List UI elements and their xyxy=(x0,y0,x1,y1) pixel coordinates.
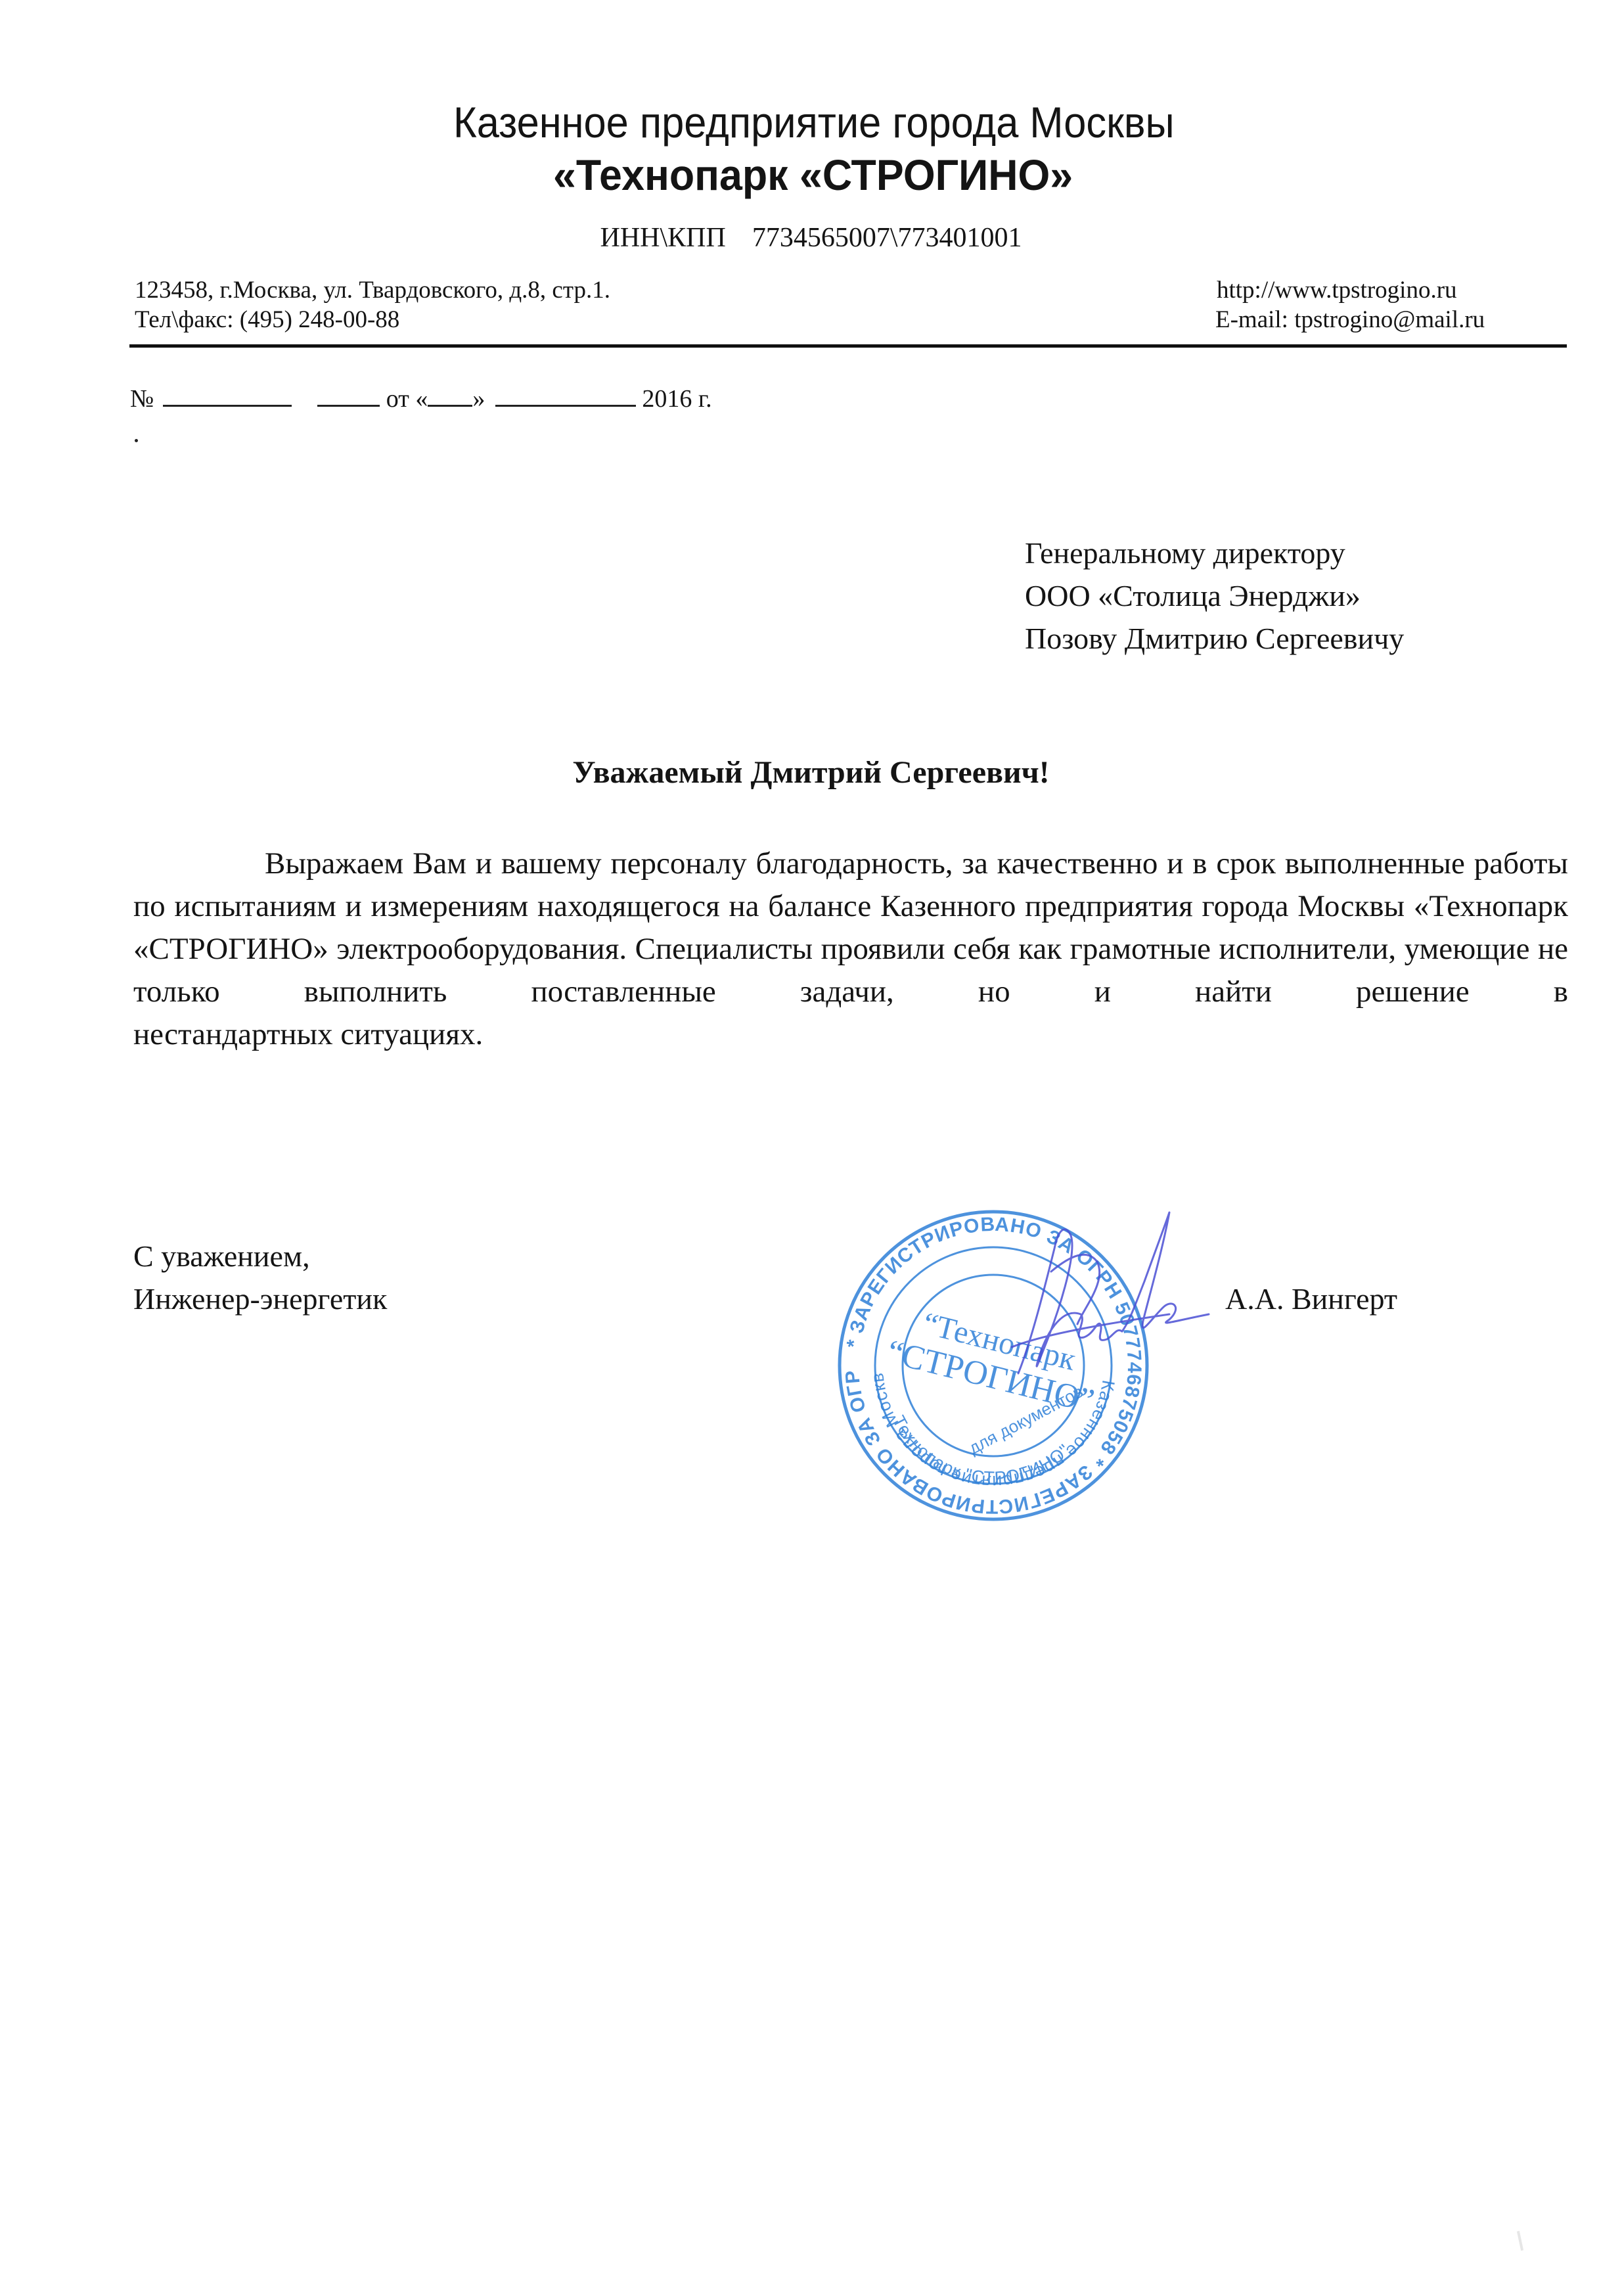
recipient-name: Позову Дмитрию Сергеевичу xyxy=(1025,621,1404,656)
inn-kpp-label: ИНН\КПП xyxy=(600,223,725,253)
from-label: от « xyxy=(386,385,428,413)
letterhead-phone: Тел\факс: (495) 248-00-88 xyxy=(135,306,399,334)
signature-icon xyxy=(972,1209,1222,1380)
year: 2016 г. xyxy=(642,385,711,413)
body-paragraph: Выражаем Вам и вашему персоналу благодар… xyxy=(133,842,1568,1013)
inn-kpp-value: 7734565007\773401001 xyxy=(752,223,1022,253)
number-blank xyxy=(163,385,292,407)
scan-artifact xyxy=(1517,2231,1523,2251)
letter-body: Выражаем Вам и вашему персоналу благодар… xyxy=(133,842,1568,1056)
letterhead-email: E-mail: tpstrogino@mail.ru xyxy=(1215,306,1485,334)
number-sign: № xyxy=(130,385,154,413)
letterhead-organization-name: «Технопарк «СТРОГИНО» xyxy=(43,150,1584,200)
number-suffix-blank xyxy=(317,385,380,407)
day-blank xyxy=(428,385,472,407)
letterhead-address: 123458, г.Москва, ул. Твардовского, д.8,… xyxy=(135,276,610,305)
from-close: » xyxy=(472,385,485,413)
signer-name: А.А. Вингерт xyxy=(1225,1281,1397,1316)
letterhead-divider xyxy=(129,344,1567,348)
signer-position: Инженер-энергетик xyxy=(133,1281,387,1316)
recipient-title: Генеральному директору xyxy=(1025,536,1345,570)
closing-salutation: С уважением, xyxy=(133,1239,310,1274)
letterhead-organization-line: Казенное предприятие города Москвы xyxy=(60,97,1568,147)
greeting: Уважаемый Дмитрий Сергеевич! xyxy=(0,754,1622,791)
letterhead-inn-kpp: ИНН\КПП7734565007\773401001 xyxy=(0,222,1622,254)
stray-dot xyxy=(135,439,138,442)
reference-line: № от «» 2016 г. xyxy=(130,384,712,413)
month-blank xyxy=(495,385,636,407)
recipient-company: ООО «Столица Энерджи» xyxy=(1025,578,1361,613)
letterhead-website: http://www.tpstrogino.ru xyxy=(1217,276,1457,305)
body-paragraph-end: нестандартных ситуациях. xyxy=(133,1013,1568,1056)
